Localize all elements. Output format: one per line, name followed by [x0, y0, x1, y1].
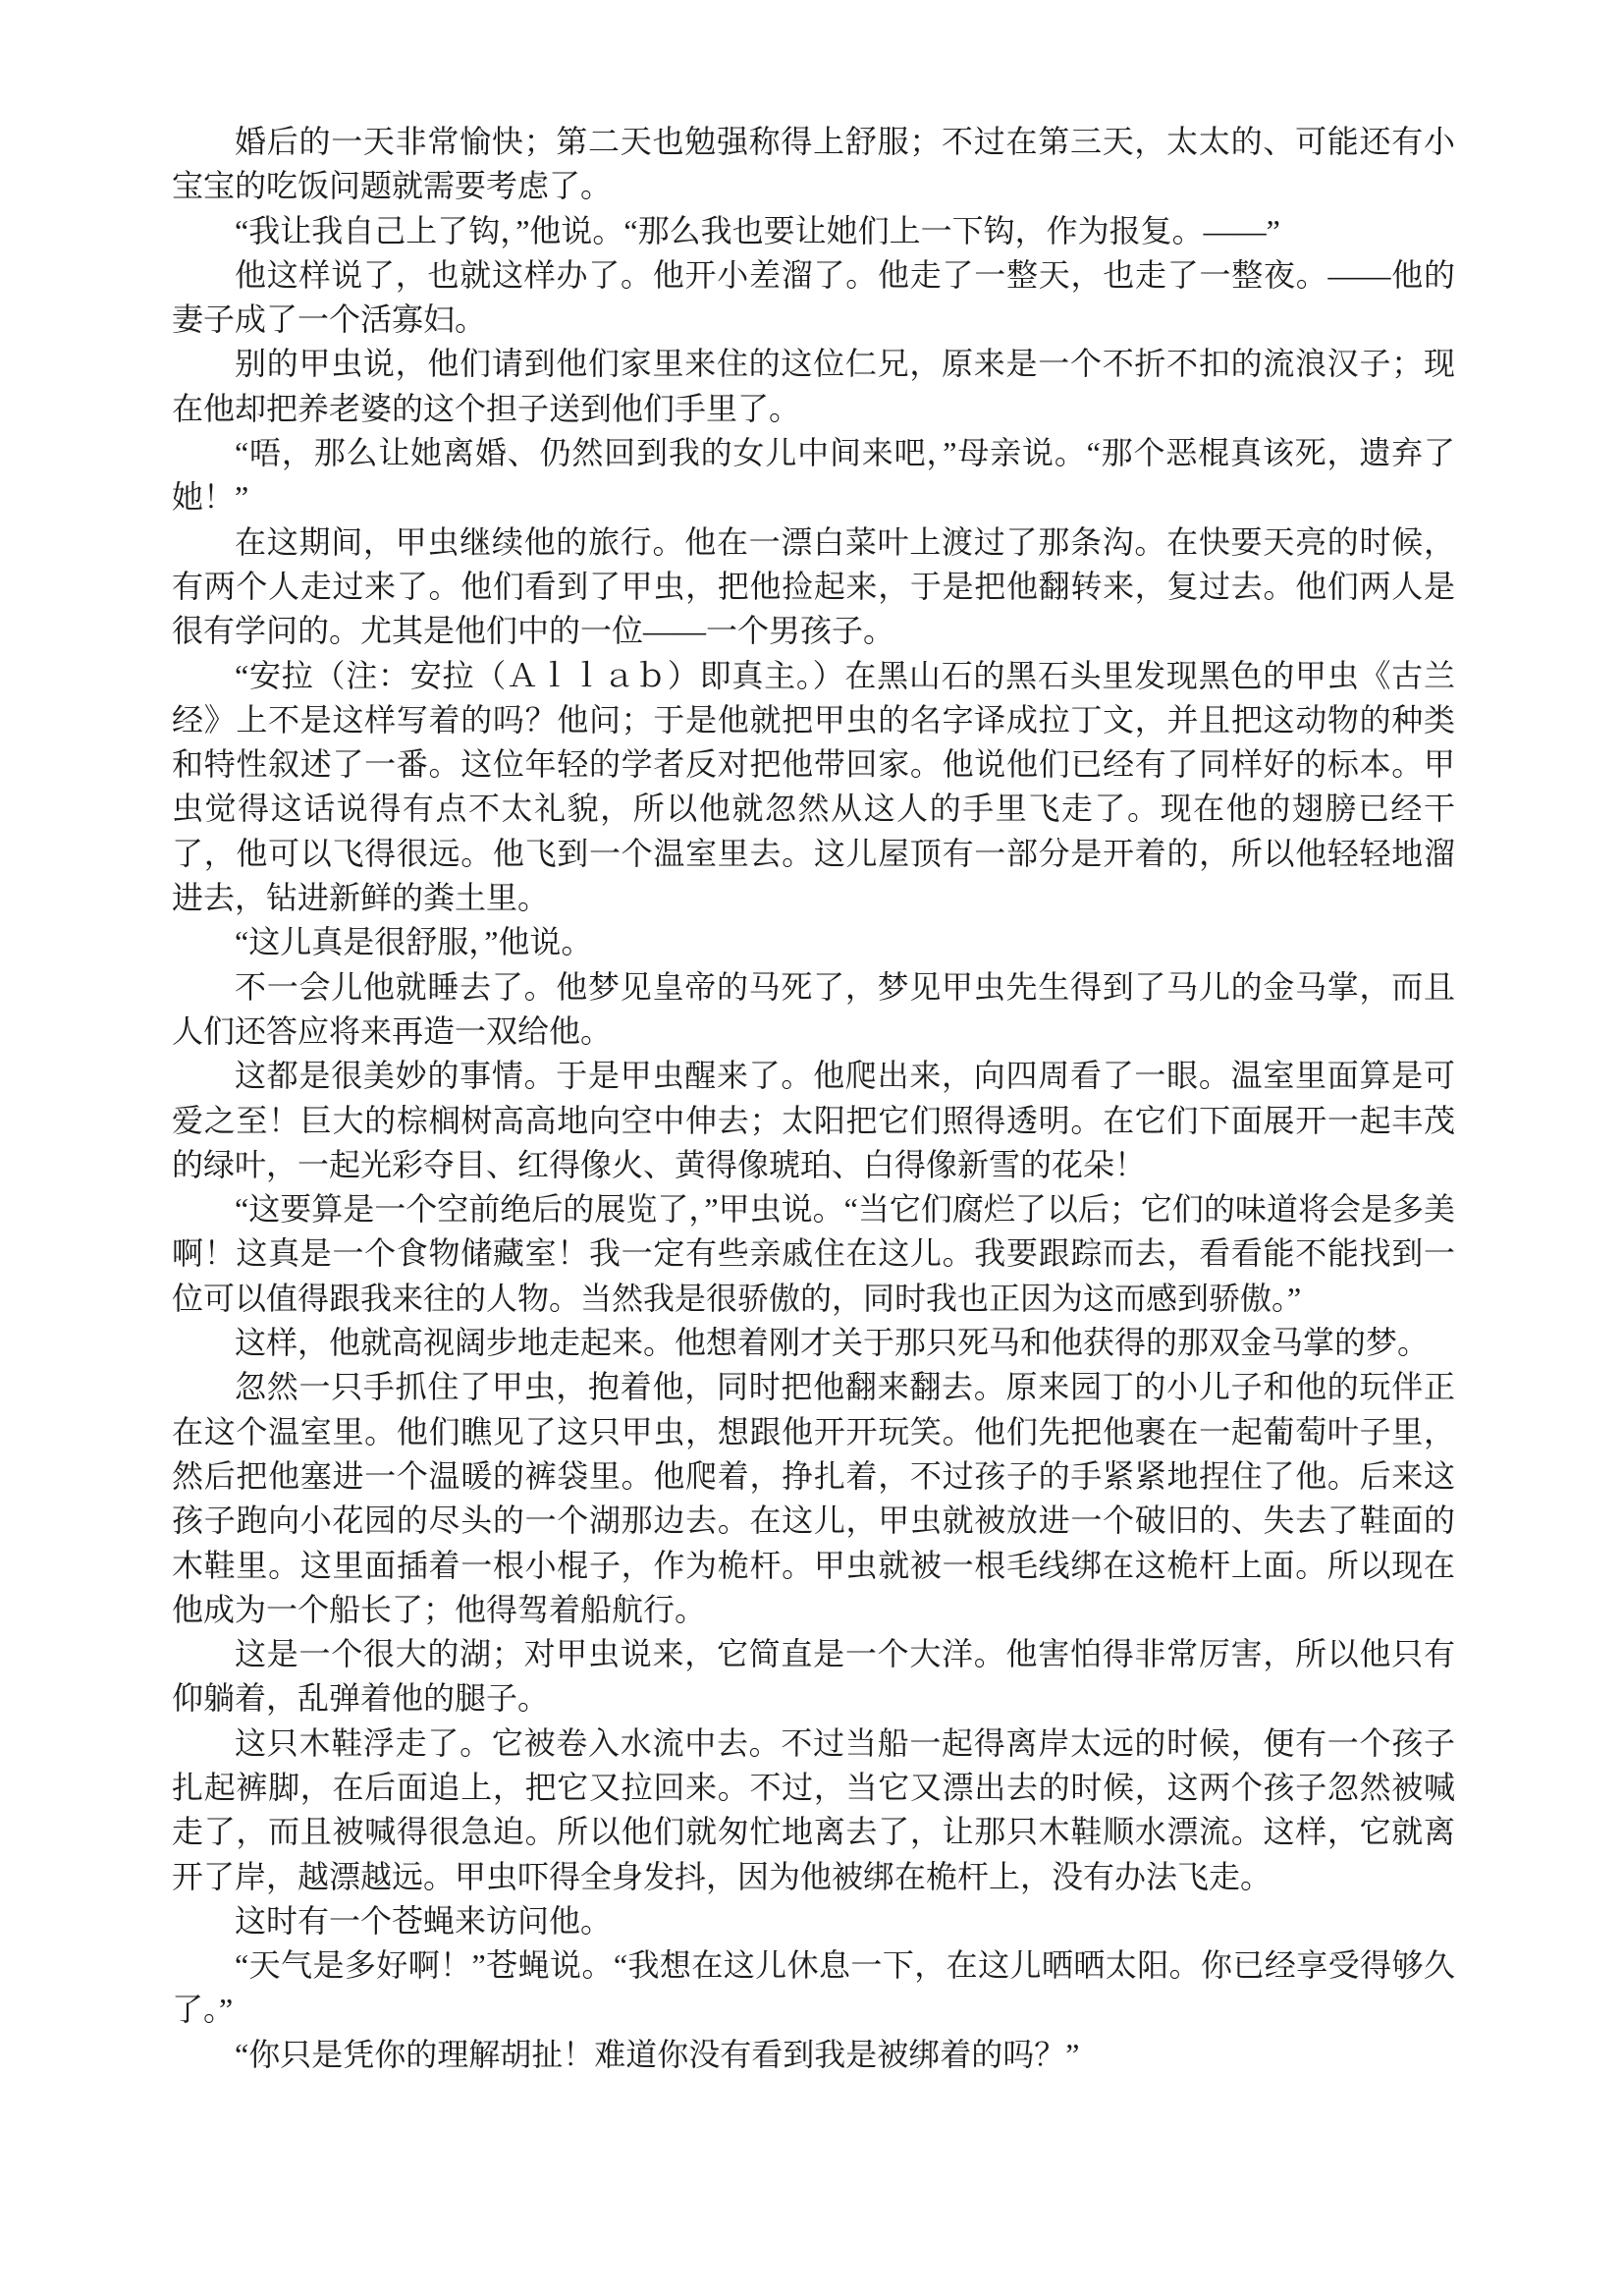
paragraph: 在这期间，甲虫继续他的旅行。他在一漂白菜叶上渡过了那条沟。在快要天亮的时候，有两… [172, 520, 1455, 654]
paragraph: 别的甲虫说，他们请到他们家里来住的这位仁兄，原来是一个不折不扣的流浪汉子；现在他… [172, 342, 1455, 431]
paragraph: “我让我自己上了钩，”他说。“那么我也要让她们上一下钩，作为报复。——” [172, 209, 1455, 253]
paragraph: 这时有一个苍蝇来访问他。 [172, 1899, 1455, 1943]
paragraph: 婚后的一天非常愉快；第二天也勉强称得上舒服；不过在第三天，太太的、可能还有小宝宝… [172, 120, 1455, 209]
paragraph: 这只木鞋浮走了。它被卷入水流中去。不过当船一起得离岸太远的时候，便有一个孩子扎起… [172, 1722, 1455, 1899]
paragraph: “天气是多好啊！”苍蝇说。“我想在这儿休息一下，在这儿晒晒太阳。你已经享受得够久… [172, 1943, 1455, 2033]
paragraph: 这样，他就高视阔步地走起来。他想着刚才关于那只死马和他获得的那双金马掌的梦。 [172, 1321, 1455, 1365]
paragraph: “你只是凭你的理解胡扯！难道你没有看到我是被绑着的吗？” [172, 2033, 1455, 2077]
paragraph: 这都是很美妙的事情。于是甲虫醒来了。他爬出来，向四周看了一眼。温室里面算是可爱之… [172, 1054, 1455, 1187]
paragraph: 这是一个很大的湖；对甲虫说来，它简直是一个大洋。他害怕得非常厉害，所以他只有仰躺… [172, 1632, 1455, 1722]
paragraph: 他这样说了，也就这样办了。他开小差溜了。他走了一整天，也走了一整夜。——他的妻子… [172, 253, 1455, 343]
paragraph: 不一会儿他就睡去了。他梦见皇帝的马死了，梦见甲虫先生得到了马儿的金马掌，而且人们… [172, 965, 1455, 1055]
paragraph: 忽然一只手抓住了甲虫，抱着他，同时把他翻来翻去。原来园丁的小儿子和他的玩伴正在这… [172, 1365, 1455, 1632]
story-text-block: 婚后的一天非常愉快；第二天也勉强称得上舒服；不过在第三天，太太的、可能还有小宝宝… [172, 120, 1455, 2077]
paragraph: “这要算是一个空前绝后的展览了，”甲虫说。“当它们腐烂了以后；它们的味道将会是多… [172, 1187, 1455, 1321]
paragraph: “这儿真是很舒服，”他说。 [172, 920, 1455, 964]
paragraph: “安拉（注：安拉（Ａｌｌａｂ）即真主。）在黑山石的黑石头里发现黑色的甲虫《古兰经… [172, 654, 1455, 921]
paragraph: “唔，那么让她离婚、仍然回到我的女儿中间来吧，”母亲说。“那个恶棍真该死，遗弃了… [172, 431, 1455, 520]
document-page: 婚后的一天非常愉快；第二天也勉强称得上舒服；不过在第三天，太太的、可能还有小宝宝… [0, 0, 1623, 2296]
